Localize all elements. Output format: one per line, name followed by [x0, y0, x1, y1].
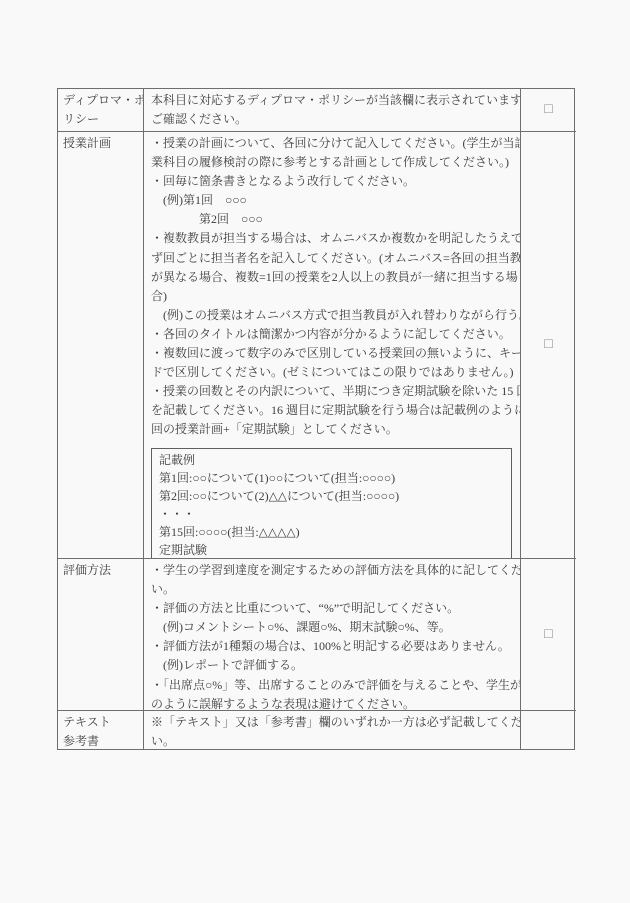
syllabus-instructions-table: ディプロマ・ポリシー本科目に対応するディプロマ・ポリシーが当該欄に表示されていま…	[57, 88, 575, 750]
text-line: (例)この授業はオムニバス方式で担当教員が入れ替わりながら行う。	[151, 306, 516, 325]
text-line: ・各回のタイトルは簡潔かつ内容が分かるように記してください。	[151, 325, 516, 344]
content-textbook: ※「テキスト」又は「参考書」欄のいずれか一方は必ず記載してください。	[144, 711, 521, 749]
checkbox-cell-textbook	[521, 711, 576, 749]
content-class-plan: ・授業の計画について、各回に分けて記入してください。(学生が当該授業科目の履修検…	[144, 132, 521, 559]
text-line: ディプロマ・ポ	[63, 91, 139, 110]
row-label-textbook: テキスト参考書	[58, 711, 144, 749]
text-line: を記載してください。16 週目に定期試験を行う場合は記載例のように 15	[151, 401, 516, 420]
text-line: ドで区別してください。(ゼミについてはこの限りではありません。)	[151, 363, 516, 382]
text-line: い。	[151, 580, 516, 599]
confirmation-checkbox[interactable]: □	[544, 628, 552, 642]
confirmation-checkbox[interactable]: □	[544, 103, 552, 117]
content-evaluation-method: ・学生の学習到達度を測定するための評価方法を具体的に記してください。・評価の方法…	[144, 559, 521, 711]
row-label-evaluation-method: 評価方法	[58, 559, 144, 711]
text-line: ・複数教員が担当する場合は、オムニバスか複数かを明記したうえで、必	[151, 229, 516, 248]
text-line: 評価方法	[63, 561, 139, 580]
text-line: (例)第1回 ○○○	[151, 191, 516, 210]
text-line: ・評価方法が1種類の場合は、100%と明記する必要はありません。	[151, 637, 516, 656]
text-line: が異なる場合、複数=1回の授業を2人以上の教員が一緒に担当する場	[151, 268, 516, 287]
text-line: 第1回:○○について(1)○○について(担当:○○○○)	[159, 469, 505, 487]
content-diploma-policy: 本科目に対応するディプロマ・ポリシーが当該欄に表示されています。ご確認ください。	[144, 89, 521, 132]
confirmation-checkbox[interactable]: □	[544, 338, 552, 352]
text-line: ・学生の学習到達度を測定するための評価方法を具体的に記してくださ	[151, 561, 516, 580]
text-line: 記載例	[159, 451, 505, 469]
checkbox-cell-diploma-policy: □	[521, 89, 576, 132]
text-line: 回の授業計画+「定期試験」としてください。	[151, 420, 516, 439]
text-line: ・評価の方法と比重について、“%”で明記してください。	[151, 599, 516, 618]
text-line: い。	[151, 732, 516, 749]
text-line: 参考書	[63, 732, 139, 749]
text-line: ・授業の計画について、各回に分けて記入してください。(学生が当該授	[151, 134, 516, 153]
text-line: 授業計画	[63, 134, 139, 153]
example-box: 記載例第1回:○○について(1)○○について(担当:○○○○)第2回:○○につい…	[151, 448, 512, 560]
row-label-diploma-policy: ディプロマ・ポリシー	[58, 89, 144, 132]
text-line: ず回ごとに担当者名を記入してください。(オムニバス=各回の担当教員	[151, 249, 516, 268]
text-line: ・授業の回数とその内訳について、半期につき定期試験を除いた 15 回分	[151, 382, 516, 401]
text-line: ・「出席点○%」等、出席することのみで評価を与えることや、学生がそ	[151, 676, 516, 695]
text-line: 第2回 ○○○	[151, 210, 516, 229]
text-line: (例)コメントシート○%、課題○%、期末試験○%、等。	[151, 618, 516, 637]
text-line: 合)	[151, 287, 516, 306]
row-label-class-plan: 授業計画	[58, 132, 144, 559]
text-line: 本科目に対応するディプロマ・ポリシーが当該欄に表示されています。	[151, 91, 516, 110]
document-page: ディプロマ・ポリシー本科目に対応するディプロマ・ポリシーが当該欄に表示されていま…	[0, 0, 630, 903]
text-line: (例)レポートで評価する。	[151, 656, 516, 675]
text-line: ・・・	[159, 505, 505, 523]
text-line: ・回毎に箇条書きとなるよう改行してください。	[151, 172, 516, 191]
text-line: ご確認ください。	[151, 110, 516, 129]
text-line: テキスト	[63, 713, 139, 732]
checkbox-cell-class-plan: □	[521, 132, 576, 559]
text-line: 定期試験	[159, 541, 505, 559]
text-line: 業科目の履修検討の際に参考とする計画として作成してください。)	[151, 153, 516, 172]
text-line: リシー	[63, 110, 139, 129]
text-line: のように誤解するような表現は避けてください。	[151, 695, 516, 711]
text-line: 第15回:○○○○(担当:△△△△)	[159, 523, 505, 541]
text-line: ※「テキスト」又は「参考書」欄のいずれか一方は必ず記載してくださ	[151, 713, 516, 732]
text-line: ・複数回に渡って数字のみで区別している授業回の無いように、キーワー	[151, 344, 516, 363]
text-line: 第2回:○○について(2)△△について(担当:○○○○)	[159, 487, 505, 505]
checkbox-cell-evaluation-method: □	[521, 559, 576, 711]
